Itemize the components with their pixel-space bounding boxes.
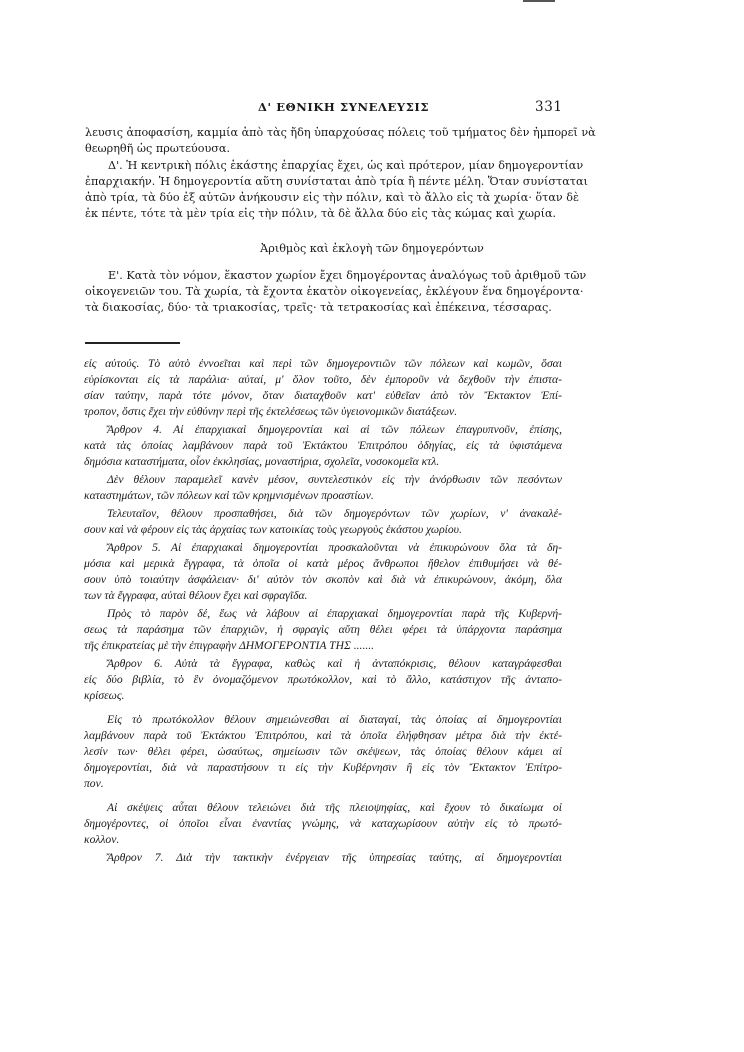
- text-line: θεωρηθῆ ὡς πρωτεύουσα.: [85, 142, 559, 156]
- footnote-line: σίαν ταύτην, παρὰ τότε μόνον, ὅταν διατα…: [84, 389, 562, 403]
- text-line: Ε'. Κατὰ τὸν νόμον, ἕκαστον χωρίον ἔχει …: [108, 269, 559, 283]
- page-number: 331: [535, 99, 563, 115]
- footnote-line: δημογεροντίαι, διὰ νὰ παραστήσουν τι εἰς…: [84, 761, 562, 775]
- footnote-line: Εἰς τὸ πρωτόκολλον θέλουν σημειώνεσθαι α…: [107, 713, 562, 727]
- footnote-line: Δὲν θέλουν παραμελεῖ κανὲν μέσον, συντελ…: [107, 473, 562, 487]
- footnote-line: τροπον, ὅστις ἔχει τὴν εὐθύνην περὶ τῆς …: [84, 405, 562, 419]
- footnote-line: κατὰ τὰς ὁποίας λαμβάνουν παρὰ τοῦ Ἐκτάκ…: [84, 439, 562, 453]
- footnote-line: Ἄρθρον 6. Αὐτὰ τὰ ἔγγραφα, καθὼς καὶ ἡ ἀ…: [107, 657, 562, 671]
- scan-corner-mark: [523, 0, 555, 2]
- footnote-line: των τὰ ἔγγραφα, αὐταὶ θέλουν ἔχει καὶ σφ…: [84, 589, 562, 603]
- footnote-line: πον.: [84, 777, 562, 791]
- footnote-line: σεως τὰ παράσημα τῶν ἐπαρχιῶν, ἡ σφραγὶς…: [84, 623, 562, 637]
- footnote-line: κολλον.: [84, 833, 562, 847]
- section-heading: Ἀριθμὸς καὶ ἐκλογὴ τῶν δημογερόντων: [0, 242, 744, 255]
- footnote-line: εὑρίσκονται εἰς τὰ παράλια· αὐταί, μ' ὅλ…: [84, 373, 562, 387]
- text-line: τὰ διακοσίας, δύο· τὰ τριακοσίας, τρεῖς·…: [85, 301, 559, 315]
- footnote-line: Αἱ σκέψεις αὗται θέλουν τελειώνει διὰ τῆ…: [107, 801, 562, 815]
- footnote-line: λεσίν των· θέλει φέρει, ὡσαύτως, σημείωσ…: [84, 745, 562, 759]
- text-line: ἀπὸ τρία, τὰ δύο ἐξ αὐτῶν ἀνήκουσιν εἰς …: [85, 191, 559, 205]
- footnote-line: σουν καὶ νὰ φέρουν εἰς τὰς ἀρχαίας των κ…: [84, 523, 562, 537]
- footnote-line: Πρὸς τὸ παρὸν δέ, ἕως νὰ λάβουν αἱ ἐπαρχ…: [107, 607, 562, 621]
- text-line: οἰκογενειῶν του. Τὰ χωρία, τὰ ἔχοντα ἑκα…: [85, 285, 559, 299]
- text-line: ἐκ πέντε, τότε τὰ μὲν τρία εἰς τὴν πόλιν…: [85, 207, 559, 221]
- footnote-separator: [85, 342, 180, 344]
- footnote-line: μόσια καὶ μερικὰ ἔγγραφα, τὰ ὁποῖα οἱ κα…: [84, 557, 562, 571]
- footnote-line: δημογέροντες, οἱ ὁποῖοι εἶναι ἐναντίας γ…: [84, 817, 562, 831]
- text-line: ἐπαρχιακήν. Ἡ δημογεροντία αὕτη συνίστατ…: [85, 175, 559, 189]
- footnote-line: εἰς δύο βιβλία, τὸ ἓν ὀνομαζόμενον πρωτό…: [84, 673, 562, 687]
- footnote-line: Ἄρθρον 5. Αἱ ἐπαρχιακαὶ δημογεροντίαι πρ…: [107, 541, 562, 555]
- footnote-line: λαμβάνουν παρὰ τοῦ Ἐκτάκτου Ἐπιτρόπου, κ…: [84, 729, 562, 743]
- footnote-line: τῆς ἐπικρατείας μὲ τὴν ἐπιγραφὴν ΔΗΜΟΓΕΡ…: [84, 639, 562, 653]
- footnote-line: καταστημάτων, τῶν πόλεων καὶ τῶν κρημνισ…: [84, 489, 562, 503]
- document-page: Δ' ΕΘΝΙΚΗ ΣΥΝΕΛΕΥΣΙΣ 331 λευσις ἀποφασίσ…: [0, 0, 744, 1052]
- footnote-line: κρίσεως.: [84, 689, 562, 703]
- footnote-line: δημόσια καταστήματα, οἷον ἐκκλησίας, μον…: [84, 455, 562, 469]
- footnote-line: εἰς αὐτούς. Τὸ αὐτὸ ἐννοεῖται καὶ περὶ τ…: [84, 357, 562, 371]
- footnote-line: Ἄρθρον 4. Αἱ ἐπαρχιακαὶ δημογεροντίαι κα…: [107, 423, 562, 437]
- running-head-title: Δ' ΕΘΝΙΚΗ ΣΥΝΕΛΕΥΣΙΣ: [258, 100, 429, 114]
- text-line: Δ'. Ἡ κεντρικὴ πόλις ἑκάστης ἐπαρχίας ἔχ…: [108, 159, 559, 173]
- text-line: λευσις ἀποφασίση, καμμία ἀπὸ τὰς ἤδη ὑπα…: [85, 126, 559, 140]
- footnote-line: σουν ὑπὸ τοιαύτην ἀσφάλειαν· δι' αὐτὸν τ…: [84, 573, 562, 587]
- footnote-line: Ἄρθρον 7. Διὰ τὴν τακτικὴν ἐνέργειαν τῆς…: [107, 851, 562, 865]
- footnote-line: Τελευταῖον, θέλουν προσπαθήσει, διὰ τῶν …: [107, 507, 562, 521]
